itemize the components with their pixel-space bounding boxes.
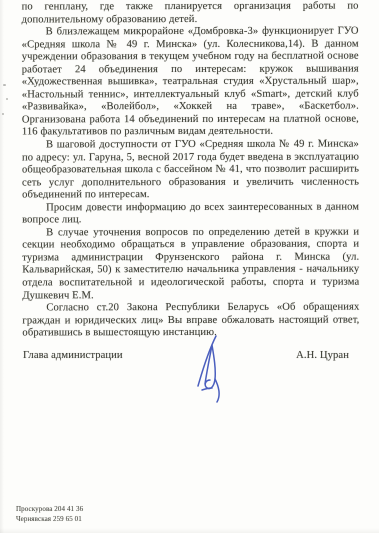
contact-phone-line-1: Проскурова 204 41 36 <box>16 504 83 514</box>
letter-body: по генплану, где также планируется орган… <box>22 1 360 341</box>
scan-speckle <box>214 318 217 320</box>
paragraph-genplan-continuation: по генплану, где также планируется орган… <box>22 1 359 27</box>
scan-speckle <box>3 84 6 86</box>
signature-ink-scribble <box>193 332 231 402</box>
signature-block: Глава администрации А.Н. Цуран <box>23 350 349 361</box>
document-page: по генплану, где также планируется орган… <box>0 0 379 533</box>
paragraph-appeal-law: Согласно ст.20 Закона Республики Беларус… <box>22 302 359 341</box>
paragraph-contact-administration: В случае уточнения вопросов по определен… <box>22 226 359 302</box>
paragraph-inform-request: Просим довести информацию до всех заинте… <box>22 201 359 227</box>
contact-phone-line-2: Чернявская 259 65 01 <box>16 514 83 524</box>
signature-role-label: Глава администрации <box>23 350 123 361</box>
scan-speckle <box>6 98 8 100</box>
paragraph-dombrovka-school49: В близлежащем микрорайоне «Домбровка-3» … <box>22 26 359 140</box>
paragraph-new-school-pool: В шаговой доступности от ГУО «Средняя шк… <box>22 139 359 203</box>
footer-contacts: Проскурова 204 41 36 Чернявская 259 65 0… <box>16 504 83 524</box>
signatory-name: А.Н. Цуран <box>296 350 349 361</box>
scan-speckle <box>2 113 4 115</box>
